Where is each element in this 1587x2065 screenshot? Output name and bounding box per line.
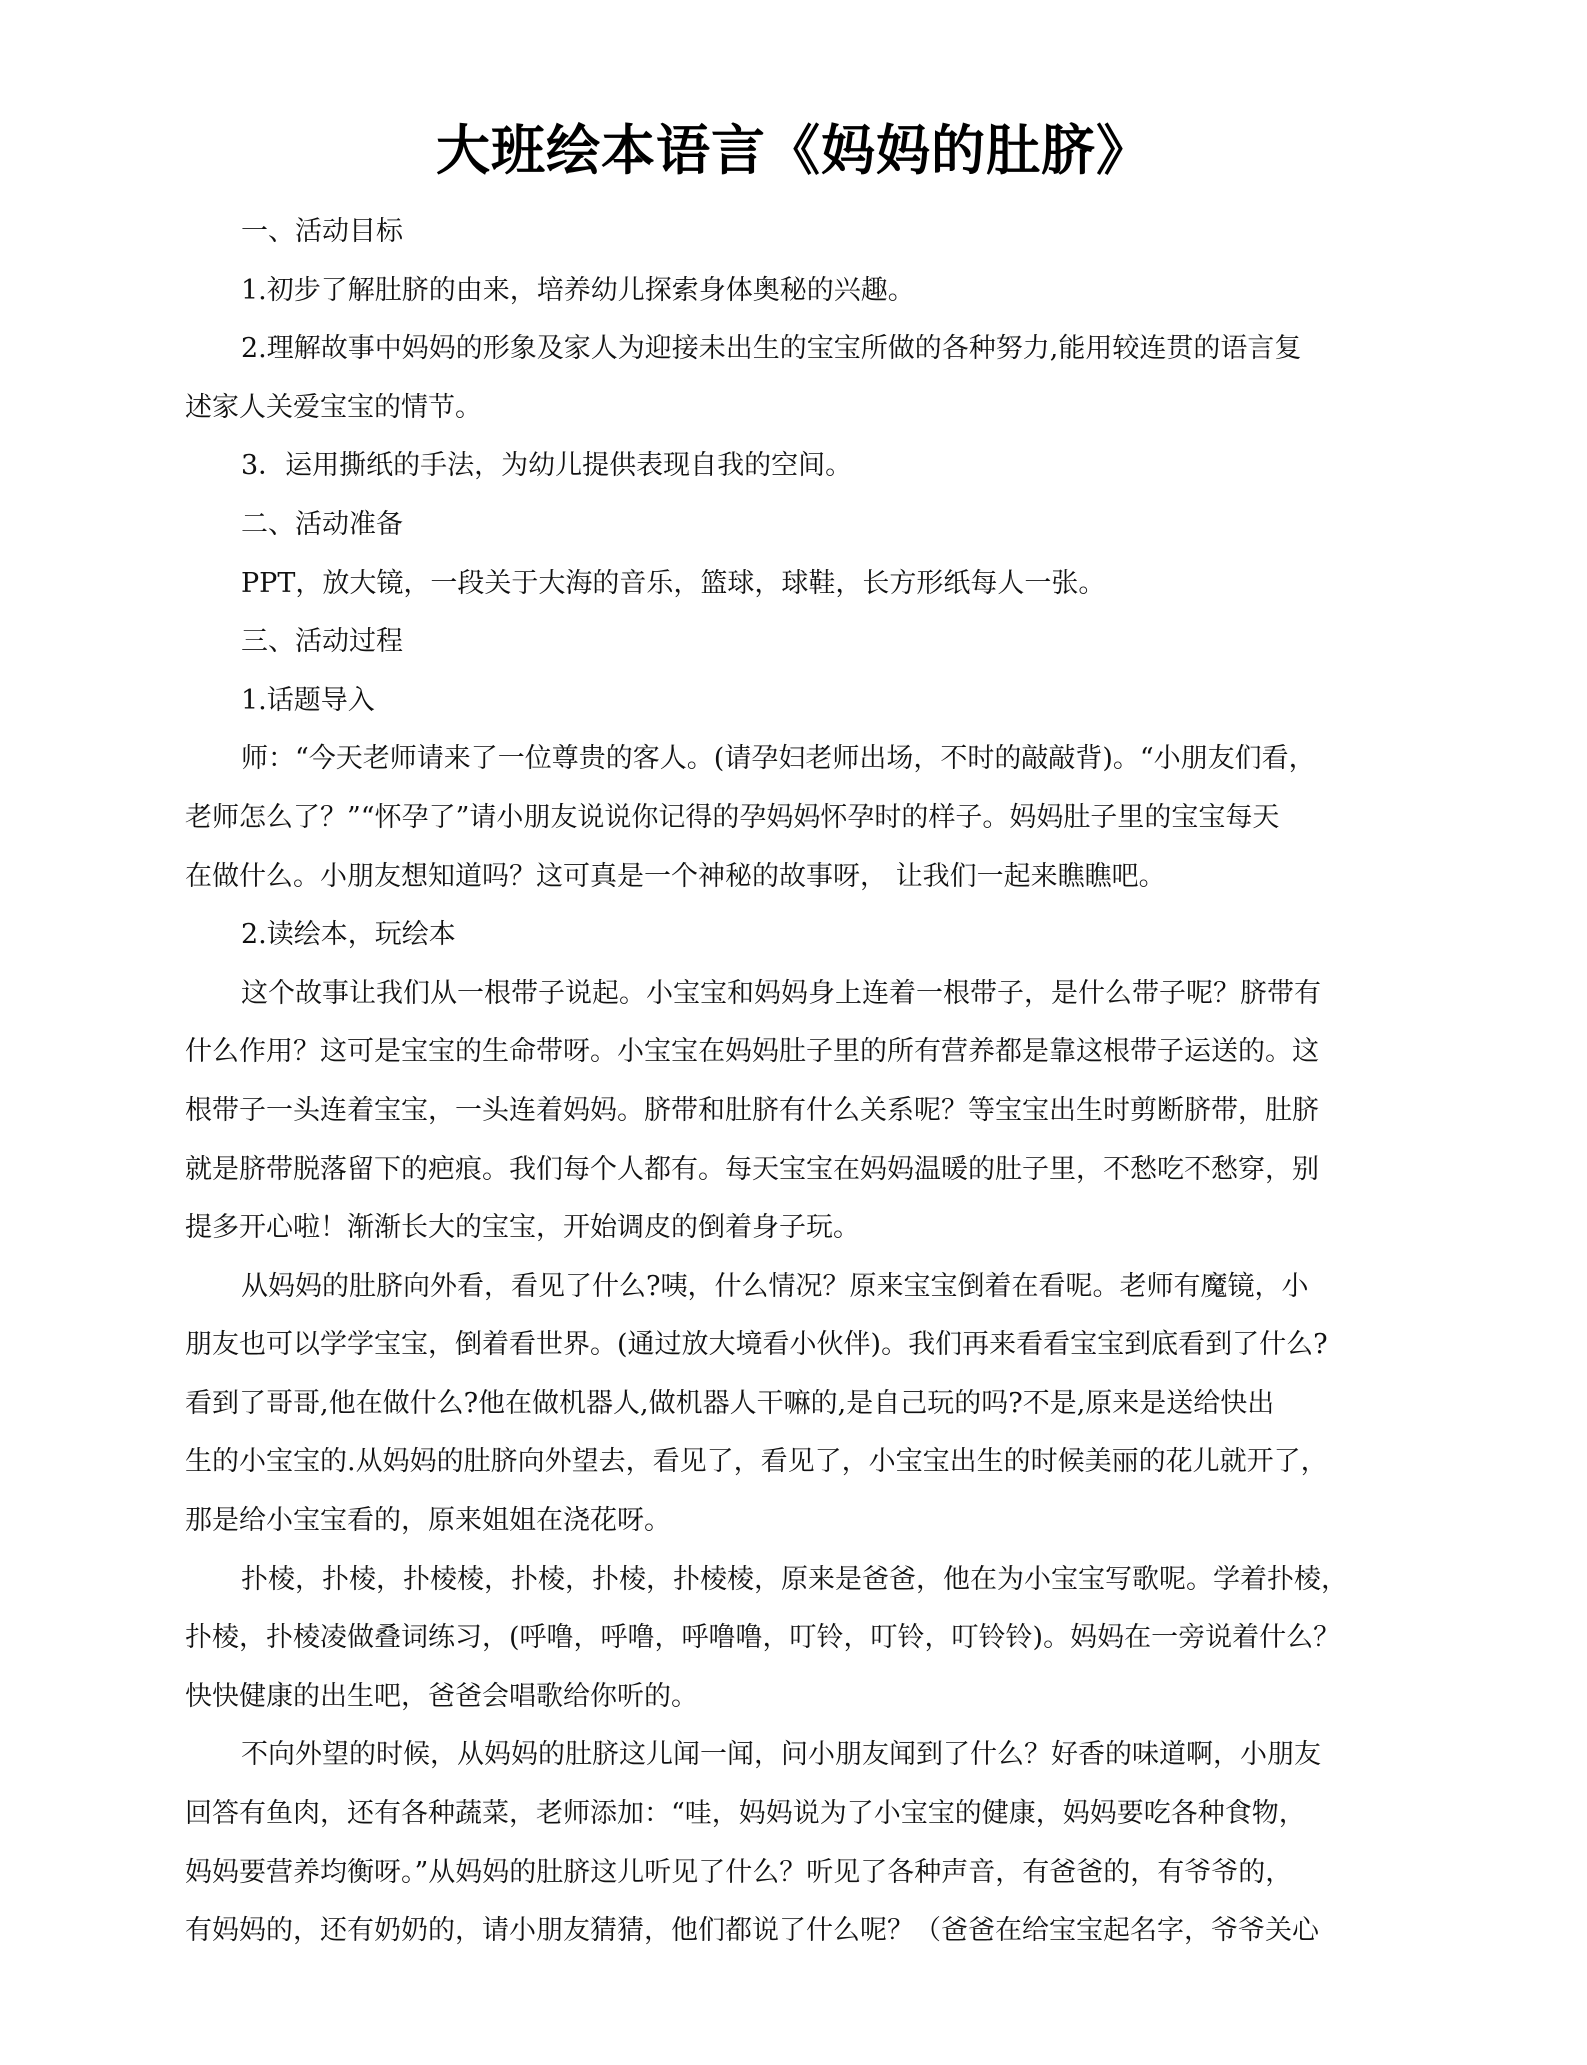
text-line: 三、活动过程 (185, 613, 1347, 672)
text-line: 2.读绘本，玩绘本 (185, 906, 1347, 965)
document-page: 大班绘本语言《妈妈的肚脐》 一、活动目标1.初步了解肚脐的由来，培养幼儿探索身体… (0, 0, 1587, 2065)
text-line: 从妈妈的肚脐向外看，看见了什么?咦，什么情况？原来宝宝倒着在看呢。老师有魔镜，小 (185, 1258, 1347, 1317)
text-line: 一、活动目标 (185, 203, 1347, 262)
text-line: 生的小宝宝的.从妈妈的肚脐向外望去，看见了，看见了，小宝宝出生的时候美丽的花儿就… (185, 1433, 1347, 1492)
paragraph: 这个故事让我们从一根带子说起。小宝宝和妈妈身上连着一根带子，是什么带子呢？脐带有… (185, 965, 1347, 1258)
paragraph: 师：“今天老师请来了一位尊贵的客人。(请孕妇老师出场，不时的敲敲背)。“小朋友们… (185, 730, 1347, 906)
text-line: 述家人关爱宝宝的情节。 (185, 379, 1347, 438)
text-line: 在做什么。小朋友想知道吗？这可真是一个神秘的故事呀， 让我们一起来瞧瞧吧。 (185, 848, 1347, 907)
text-line: 妈妈要营养均衡呀。”从妈妈的肚脐这儿听见了什么？听见了各种声音，有爸爸的，有爷爷… (185, 1844, 1347, 1903)
text-line: 扑棱，扑棱，扑棱棱，扑棱，扑棱，扑棱棱，原来是爸爸，他在为小宝宝写歌呢。学着扑棱… (185, 1551, 1347, 1610)
text-line: 师：“今天老师请来了一位尊贵的客人。(请孕妇老师出场，不时的敲敲背)。“小朋友们… (185, 730, 1347, 789)
text-line: 扑棱，扑棱凌做叠词练习，(呼噜，呼噜，呼噜噜，叮铃，叮铃，叮铃铃)。妈妈在一旁说… (185, 1609, 1347, 1668)
document-title: 大班绘本语言《妈妈的肚脐》 (0, 118, 1587, 184)
text-line: 根带子一头连着宝宝，一头连着妈妈。脐带和肚脐有什么关系呢？等宝宝出生时剪断脐带，… (185, 1082, 1347, 1141)
text-line: 二、活动准备 (185, 496, 1347, 555)
paragraph: 3．运用撕纸的手法，为幼儿提供表现自我的空间。 (185, 437, 1347, 496)
text-line: 什么作用？这可是宝宝的生命带呀。小宝宝在妈妈肚子里的所有营养都是靠这根带子运送的… (185, 1023, 1347, 1082)
paragraph: 1.话题导入 (185, 672, 1347, 731)
text-line: 2.理解故事中妈妈的形象及家人为迎接未出生的宝宝所做的各种努力,能用较连贯的语言… (185, 320, 1347, 379)
document-body: 一、活动目标1.初步了解肚脐的由来，培养幼儿探索身体奥秘的兴趣。2.理解故事中妈… (185, 203, 1347, 1961)
text-line: 3．运用撕纸的手法，为幼儿提供表现自我的空间。 (185, 437, 1347, 496)
paragraph: 扑棱，扑棱，扑棱棱，扑棱，扑棱，扑棱棱，原来是爸爸，他在为小宝宝写歌呢。学着扑棱… (185, 1551, 1347, 1727)
text-line: 有妈妈的，还有奶奶的，请小朋友猜猜，他们都说了什么呢？（爸爸在给宝宝起名字，爷爷… (185, 1902, 1347, 1961)
text-line: 1.初步了解肚脐的由来，培养幼儿探索身体奥秘的兴趣。 (185, 262, 1347, 321)
paragraph: 2.读绘本，玩绘本 (185, 906, 1347, 965)
text-line: 1.话题导入 (185, 672, 1347, 731)
text-line: PPT，放大镜，一段关于大海的音乐，篮球，球鞋，长方形纸每人一张。 (185, 555, 1347, 614)
text-line: 快快健康的出生吧，爸爸会唱歌给你听的。 (185, 1668, 1347, 1727)
paragraph: 2.理解故事中妈妈的形象及家人为迎接未出生的宝宝所做的各种努力,能用较连贯的语言… (185, 320, 1347, 437)
paragraph: 三、活动过程 (185, 613, 1347, 672)
paragraph: 1.初步了解肚脐的由来，培养幼儿探索身体奥秘的兴趣。 (185, 262, 1347, 321)
paragraph: 从妈妈的肚脐向外看，看见了什么?咦，什么情况？原来宝宝倒着在看呢。老师有魔镜，小… (185, 1258, 1347, 1551)
text-line: 不向外望的时候，从妈妈的肚脐这儿闻一闻，问小朋友闻到了什么？好香的味道啊，小朋友 (185, 1726, 1347, 1785)
text-line: 回答有鱼肉，还有各种蔬菜，老师添加：“哇，妈妈说为了小宝宝的健康，妈妈要吃各种食… (185, 1785, 1347, 1844)
text-line: 这个故事让我们从一根带子说起。小宝宝和妈妈身上连着一根带子，是什么带子呢？脐带有 (185, 965, 1347, 1024)
text-line: 看到了哥哥,他在做什么?他在做机器人,做机器人干嘛的,是自己玩的吗?不是,原来是… (185, 1375, 1347, 1434)
text-line: 那是给小宝宝看的，原来姐姐在浇花呀。 (185, 1492, 1347, 1551)
paragraph: 一、活动目标 (185, 203, 1347, 262)
text-line: 老师怎么了？”“怀孕了”请小朋友说说你记得的孕妈妈怀孕时的样子。妈妈肚子里的宝宝… (185, 789, 1347, 848)
text-line: 就是脐带脱落留下的疤痕。我们每个人都有。每天宝宝在妈妈温暖的肚子里，不愁吃不愁穿… (185, 1141, 1347, 1200)
text-line: 朋友也可以学学宝宝，倒着看世界。(通过放大境看小伙伴)。我们再来看看宝宝到底看到… (185, 1316, 1347, 1375)
paragraph: PPT，放大镜，一段关于大海的音乐，篮球，球鞋，长方形纸每人一张。 (185, 555, 1347, 614)
text-line: 提多开心啦！渐渐长大的宝宝，开始调皮的倒着身子玩。 (185, 1199, 1347, 1258)
paragraph: 不向外望的时候，从妈妈的肚脐这儿闻一闻，问小朋友闻到了什么？好香的味道啊，小朋友… (185, 1726, 1347, 1960)
paragraph: 二、活动准备 (185, 496, 1347, 555)
